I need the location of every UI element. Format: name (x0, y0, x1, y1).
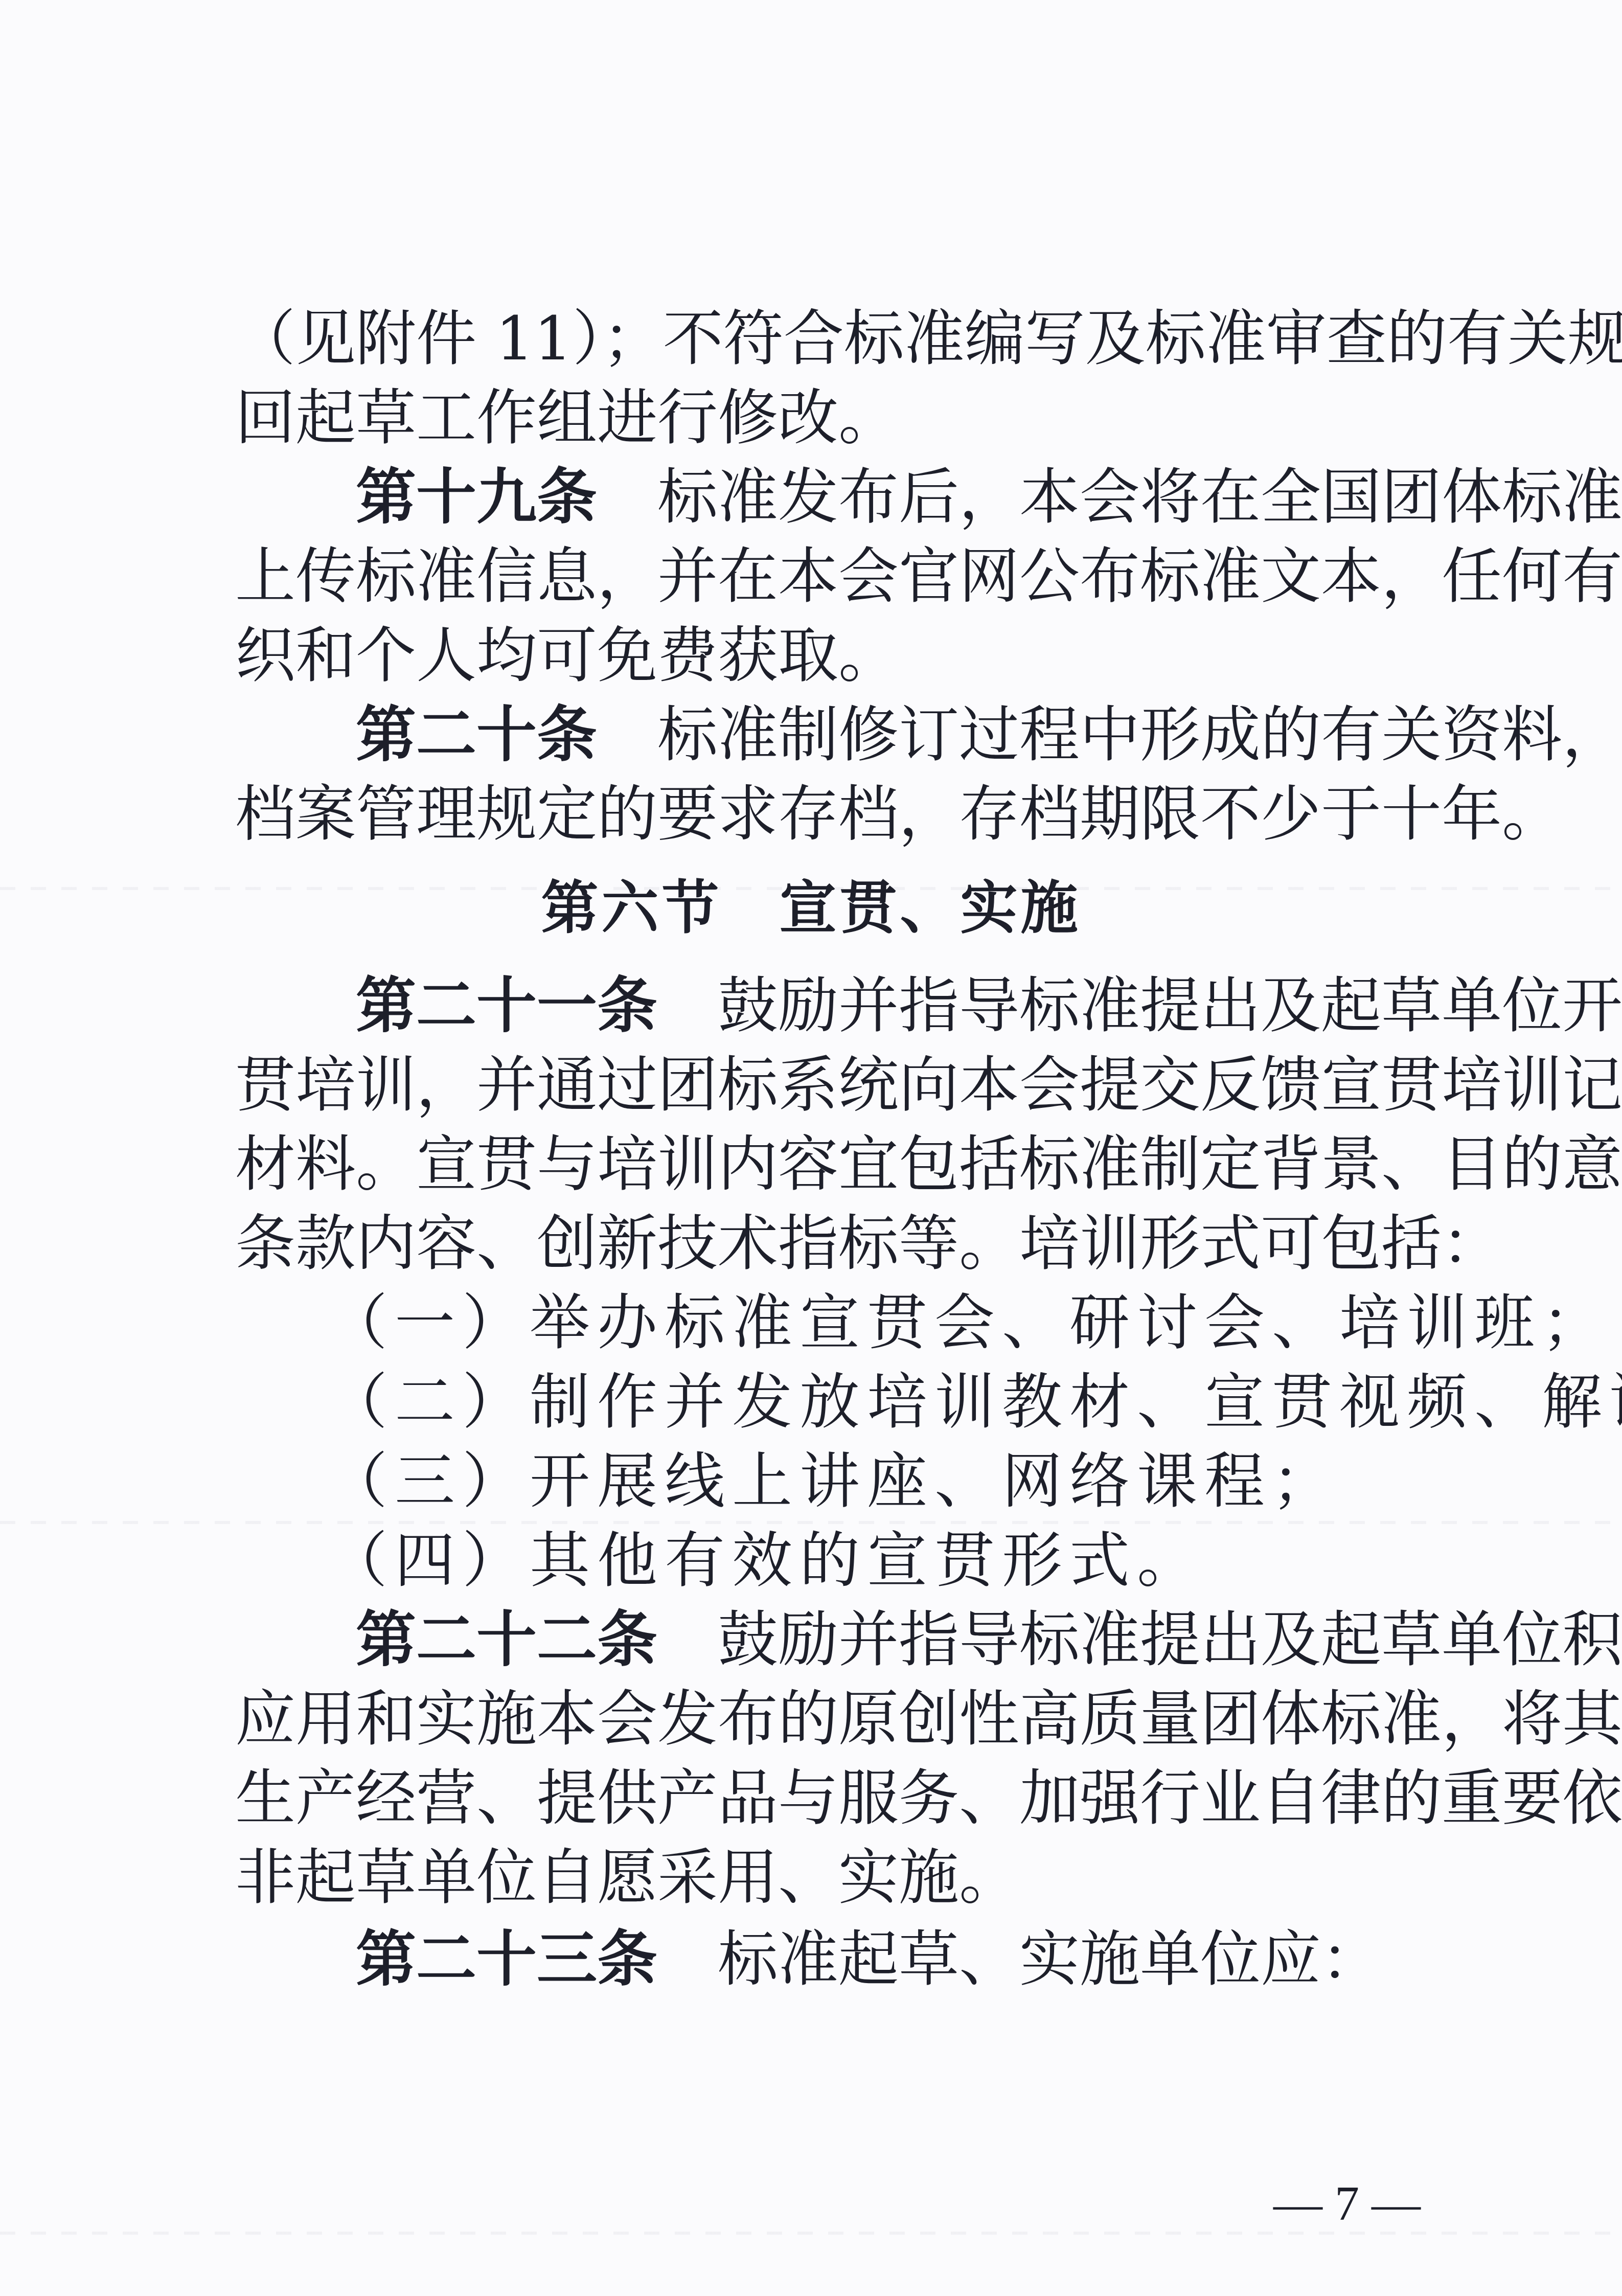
paragraph-line: 贯培训，并通过团标系统向本会提交反馈宣贯培训记录或证明 (235, 1045, 1421, 1125)
list-item: （二）制作并发放培训教材、宣贯视频、解读指南； (327, 1362, 1622, 1442)
article-heading: 第二十条 (356, 699, 597, 770)
paragraph-line: 生产经营、提供产品与服务、加强行业自律的重要依据。鼓励 (235, 1759, 1421, 1838)
article-23: 第二十三条标准起草、实施单位应： (235, 1920, 1421, 1999)
paragraph-line: 织和个人均可免费获取。 (235, 616, 1421, 695)
list-item: （四）其他有效的宣贯形式。 (327, 1521, 1204, 1600)
paragraph-line: 应用和实施本会发布的原创性高质量团体标准，将其作为规范 (235, 1679, 1421, 1759)
paragraph-line: 条款内容、创新技术指标等。培训形式可包括： (235, 1204, 1421, 1283)
page-number: — 7 — (1263, 2170, 1431, 2237)
section-heading: 第六节宣贯、实施 (0, 869, 1622, 948)
article-21: 第二十一条鼓励并指导标准提出及起草单位开展标准宣 (235, 966, 1421, 1045)
article-text: 标准制修订过程中形成的有关资料，由本会按 (657, 699, 1622, 770)
article-heading: 第二十一条 (356, 970, 657, 1041)
paragraph-line: 档案管理规定的要求存档，存档期限不少于十年。 (235, 775, 1421, 854)
document-page: （见附件 11）；不符合标准编写及标准审查的有关规定的，退 回起草工作组进行修改… (0, 0, 1622, 2296)
article-heading: 第二十三条 (356, 1924, 657, 1994)
article-text: 标准起草、实施单位应： (718, 1924, 1381, 1994)
section-number: 第六节 (541, 875, 722, 942)
article-heading: 第二十二条 (356, 1604, 657, 1675)
paragraph-line: 材料。宣贯与培训内容宜包括标准制定背景、目的意义、核心 (235, 1125, 1421, 1204)
article-22: 第二十二条鼓励并指导标准提出及起草单位积极采信、 (235, 1600, 1421, 1679)
article-heading: 第十九条 (356, 462, 597, 532)
list-item: （一）举办标准宣贯会、研讨会、培训班； (327, 1283, 1609, 1362)
list-item: （三）开展线上讲座、网络课程； (327, 1442, 1339, 1521)
paragraph-line: （见附件 11）；不符合标准编写及标准审查的有关规定的，退 (235, 299, 1421, 378)
article-text: 标准发布后，本会将在全国团体标准信息平台 (657, 462, 1622, 532)
paragraph-line: 回起草工作组进行修改。 (235, 378, 1421, 458)
article-text: 鼓励并指导标准提出及起草单位积极采信、 (718, 1604, 1622, 1675)
paragraph-line: 上传标准信息，并在本会官网公布标准文本，任何有需要的组 (235, 537, 1421, 616)
article-20: 第二十条标准制修订过程中形成的有关资料，由本会按 (235, 695, 1421, 775)
article-text: 鼓励并指导标准提出及起草单位开展标准宣 (718, 970, 1622, 1041)
section-title: 宣贯、实施 (780, 875, 1081, 942)
article-19: 第十九条标准发布后，本会将在全国团体标准信息平台 (235, 458, 1421, 537)
paragraph-line: 非起草单位自愿采用、实施。 (235, 1838, 1421, 1917)
